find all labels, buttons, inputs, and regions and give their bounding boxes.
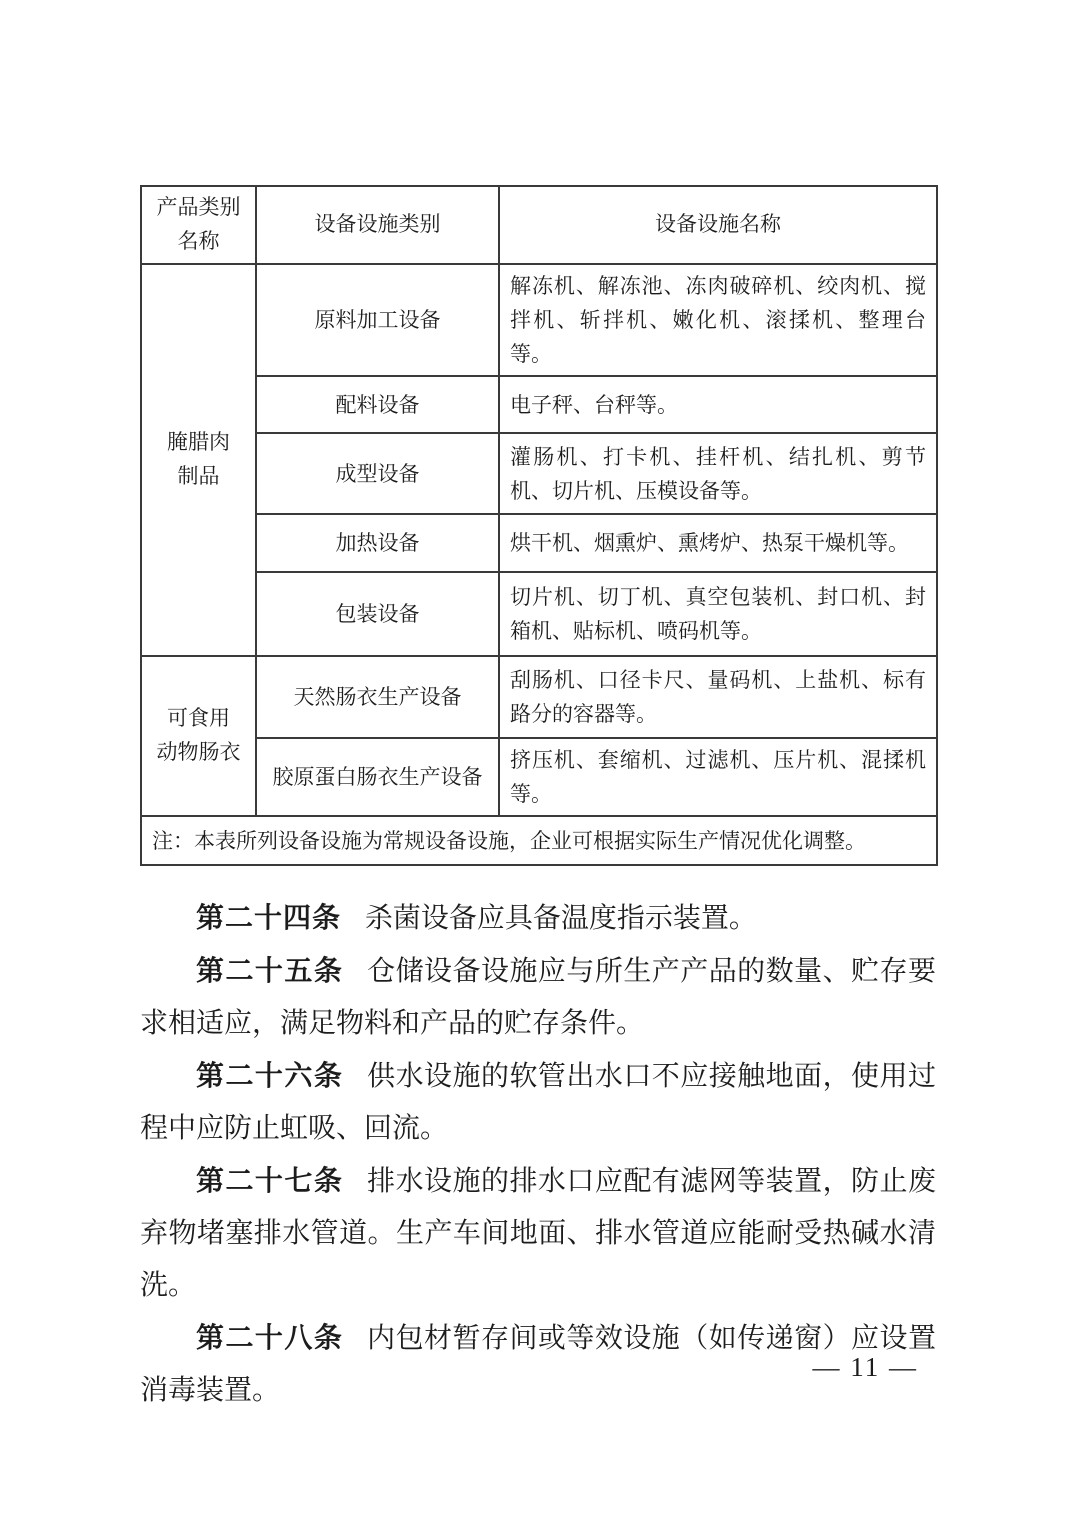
document-page: 产品类别 名称 设备设施类别 设备设施名称 腌腊肉 制品 原料加工设备 解冻机、…	[140, 185, 936, 1417]
articles-section: 第二十四条杀菌设备应具备温度指示装置。 第二十五条仓储设备设施应与所生产产品的数…	[140, 892, 936, 1417]
article-27-label: 第二十七条	[196, 1165, 343, 1196]
equipment-table: 产品类别 名称 设备设施类别 设备设施名称 腌腊肉 制品 原料加工设备 解冻机、…	[140, 185, 938, 866]
article-27: 第二十七条排水设施的排水口应配有滤网等装置，防止废弃物堵塞排水管道。生产车间地面…	[140, 1155, 936, 1312]
table-row: 可食用 动物肠衣 天然肠衣生产设备 刮肠机、口径卡尺、量码机、上盐机、标有路分的…	[141, 656, 937, 738]
article-24-label: 第二十四条	[196, 902, 341, 933]
article-24-text: 杀菌设备应具备温度指示装置。	[365, 903, 757, 934]
article-25: 第二十五条仓储设备设施应与所生产产品的数量、贮存要求相适应，满足物料和产品的贮存…	[140, 945, 936, 1050]
equipment-names-cell: 刮肠机、口径卡尺、量码机、上盐机、标有路分的容器等。	[499, 656, 937, 738]
article-25-label: 第二十五条	[196, 955, 343, 986]
table-row: 配料设备 电子秤、台秤等。	[141, 376, 937, 433]
equipment-type-cell: 原料加工设备	[256, 264, 499, 376]
table-row: 包装设备 切片机、切丁机、真空包装机、封口机、封箱机、贴标机、喷码机等。	[141, 572, 937, 656]
category-cell-cured-meat: 腌腊肉 制品	[141, 264, 256, 656]
table-note: 注：本表所列设备设施为常规设备设施，企业可根据实际生产情况优化调整。	[141, 816, 937, 865]
col-header-equipment-category: 设备设施类别	[256, 186, 499, 264]
table-row: 腌腊肉 制品 原料加工设备 解冻机、解冻池、冻肉破碎机、绞肉机、搅拌机、斩拌机、…	[141, 264, 937, 376]
col-header-equipment-name: 设备设施名称	[499, 186, 937, 264]
category-cell-edible-casing: 可食用 动物肠衣	[141, 656, 256, 816]
table-row: 加热设备 烘干机、烟熏炉、熏烤炉、热泵干燥机等。	[141, 514, 937, 572]
equipment-type-cell: 包装设备	[256, 572, 499, 656]
equipment-names-cell: 电子秤、台秤等。	[499, 376, 937, 433]
table-header-row: 产品类别 名称 设备设施类别 设备设施名称	[141, 186, 937, 264]
table-row: 胶原蛋白肠衣生产设备 挤压机、套缩机、过滤机、压片机、混揉机等。	[141, 738, 937, 816]
equipment-type-cell: 配料设备	[256, 376, 499, 433]
equipment-type-cell: 天然肠衣生产设备	[256, 656, 499, 738]
equipment-names-cell: 切片机、切丁机、真空包装机、封口机、封箱机、贴标机、喷码机等。	[499, 572, 937, 656]
article-24: 第二十四条杀菌设备应具备温度指示装置。	[140, 892, 936, 945]
page-number: — 11 —	[813, 1352, 919, 1383]
equipment-type-cell: 加热设备	[256, 514, 499, 572]
equipment-names-cell: 烘干机、烟熏炉、熏烤炉、热泵干燥机等。	[499, 514, 937, 572]
table-note-row: 注：本表所列设备设施为常规设备设施，企业可根据实际生产情况优化调整。	[141, 816, 937, 865]
article-26-label: 第二十六条	[196, 1060, 343, 1091]
equipment-names-cell: 解冻机、解冻池、冻肉破碎机、绞肉机、搅拌机、斩拌机、嫩化机、滚揉机、整理台等。	[499, 264, 937, 376]
equipment-names-cell: 灌肠机、打卡机、挂杆机、结扎机、剪节机、切片机、压模设备等。	[499, 433, 937, 514]
article-28-label: 第二十八条	[196, 1322, 343, 1353]
equipment-type-cell: 成型设备	[256, 433, 499, 514]
col-header-product-category: 产品类别 名称	[141, 186, 256, 264]
table-row: 成型设备 灌肠机、打卡机、挂杆机、结扎机、剪节机、切片机、压模设备等。	[141, 433, 937, 514]
equipment-type-cell: 胶原蛋白肠衣生产设备	[256, 738, 499, 816]
equipment-names-cell: 挤压机、套缩机、过滤机、压片机、混揉机等。	[499, 738, 937, 816]
article-26: 第二十六条供水设施的软管出水口不应接触地面，使用过程中应防止虹吸、回流。	[140, 1050, 936, 1155]
